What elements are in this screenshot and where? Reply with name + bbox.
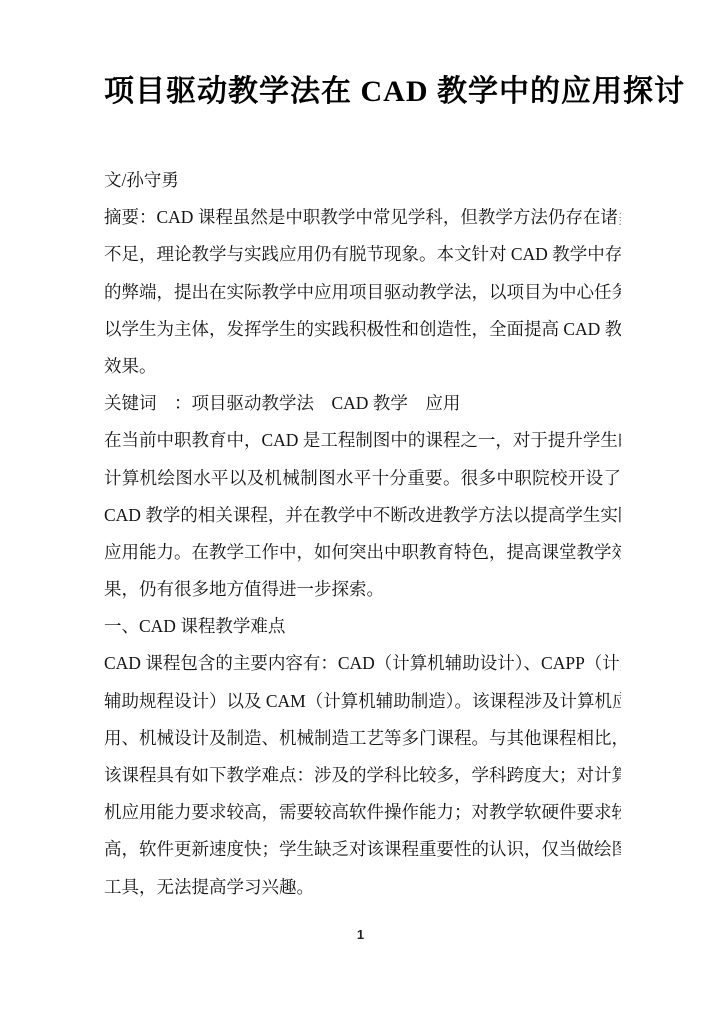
text-line: 计算机绘图水平以及机械制图水平十分重要。很多中职院校开设了: [104, 460, 621, 497]
text-line: 以学生为主体，发挥学生的实践积极性和创造性，全面提高 CAD 教学: [104, 311, 621, 348]
text-column: 项目驱动教学法在 CAD 教学中的应用探讨 文/孙守勇 摘要：CAD 课程虽然是…: [0, 0, 721, 906]
section-heading: 一、CAD 课程教学难点: [104, 608, 621, 645]
text-line: 辅助规程设计）以及 CAM（计算机辅助制造）。该课程涉及计算机应: [104, 683, 621, 720]
text-line: 不足，理论教学与实践应用仍有脱节现象。本文针对 CAD 教学中存在: [104, 236, 621, 273]
text-line: 在当前中职教育中，CAD 是工程制图中的课程之一，对于提升学生的: [104, 422, 621, 459]
text-line: CAD 教学的相关课程，并在教学中不断改进教学方法以提高学生实际: [104, 497, 621, 534]
text-line: 应用能力。在教学工作中，如何突出中职教育特色，提高课堂教学效: [104, 534, 621, 571]
text-line: 工具，无法提高学习兴趣。: [104, 869, 621, 906]
text-line: 果，仍有很多地方值得进一步探索。: [104, 571, 621, 608]
text-line: 效果。: [104, 348, 621, 385]
text-line: 摘要：CAD 课程虽然是中职教学中常见学科，但教学方法仍存在诸多: [104, 199, 621, 236]
text-line: 的弊端，提出在实际教学中应用项目驱动教学法，以项目为中心任务，: [104, 274, 621, 311]
text-line: 高，软件更新速度快；学生缺乏对该课程重要性的认识，仅当做绘图: [104, 831, 621, 868]
text-line: 用、机械设计及制造、机械制造工艺等多门课程。与其他课程相比，: [104, 720, 621, 757]
document-body: 文/孙守勇 摘要：CAD 课程虽然是中职教学中常见学科，但教学方法仍存在诸多 不…: [104, 162, 621, 906]
keywords-line: 关键词 ：项目驱动教学法 CAD 教学 应用: [104, 385, 621, 422]
document-page: 项目驱动教学法在 CAD 教学中的应用探讨 文/孙守勇 摘要：CAD 课程虽然是…: [0, 0, 721, 1020]
text-line: 机应用能力要求较高，需要较高软件操作能力；对教学软硬件要求较: [104, 794, 621, 831]
abstract-paragraph: 摘要：CAD 课程虽然是中职教学中常见学科，但教学方法仍存在诸多 不足，理论教学…: [104, 199, 621, 385]
page-number: 1: [0, 927, 721, 942]
section1-paragraph: CAD 课程包含的主要内容有：CAD（计算机辅助设计）、CAPP（计算机 辅助规…: [104, 645, 621, 905]
document-title: 项目驱动教学法在 CAD 教学中的应用探讨: [104, 0, 621, 114]
text-line: 该课程具有如下教学难点：涉及的学科比较多，学科跨度大；对计算: [104, 757, 621, 794]
text-line: CAD 课程包含的主要内容有：CAD（计算机辅助设计）、CAPP（计算机: [104, 645, 621, 682]
intro-paragraph: 在当前中职教育中，CAD 是工程制图中的课程之一，对于提升学生的 计算机绘图水平…: [104, 422, 621, 608]
byline: 文/孙守勇: [104, 162, 621, 199]
